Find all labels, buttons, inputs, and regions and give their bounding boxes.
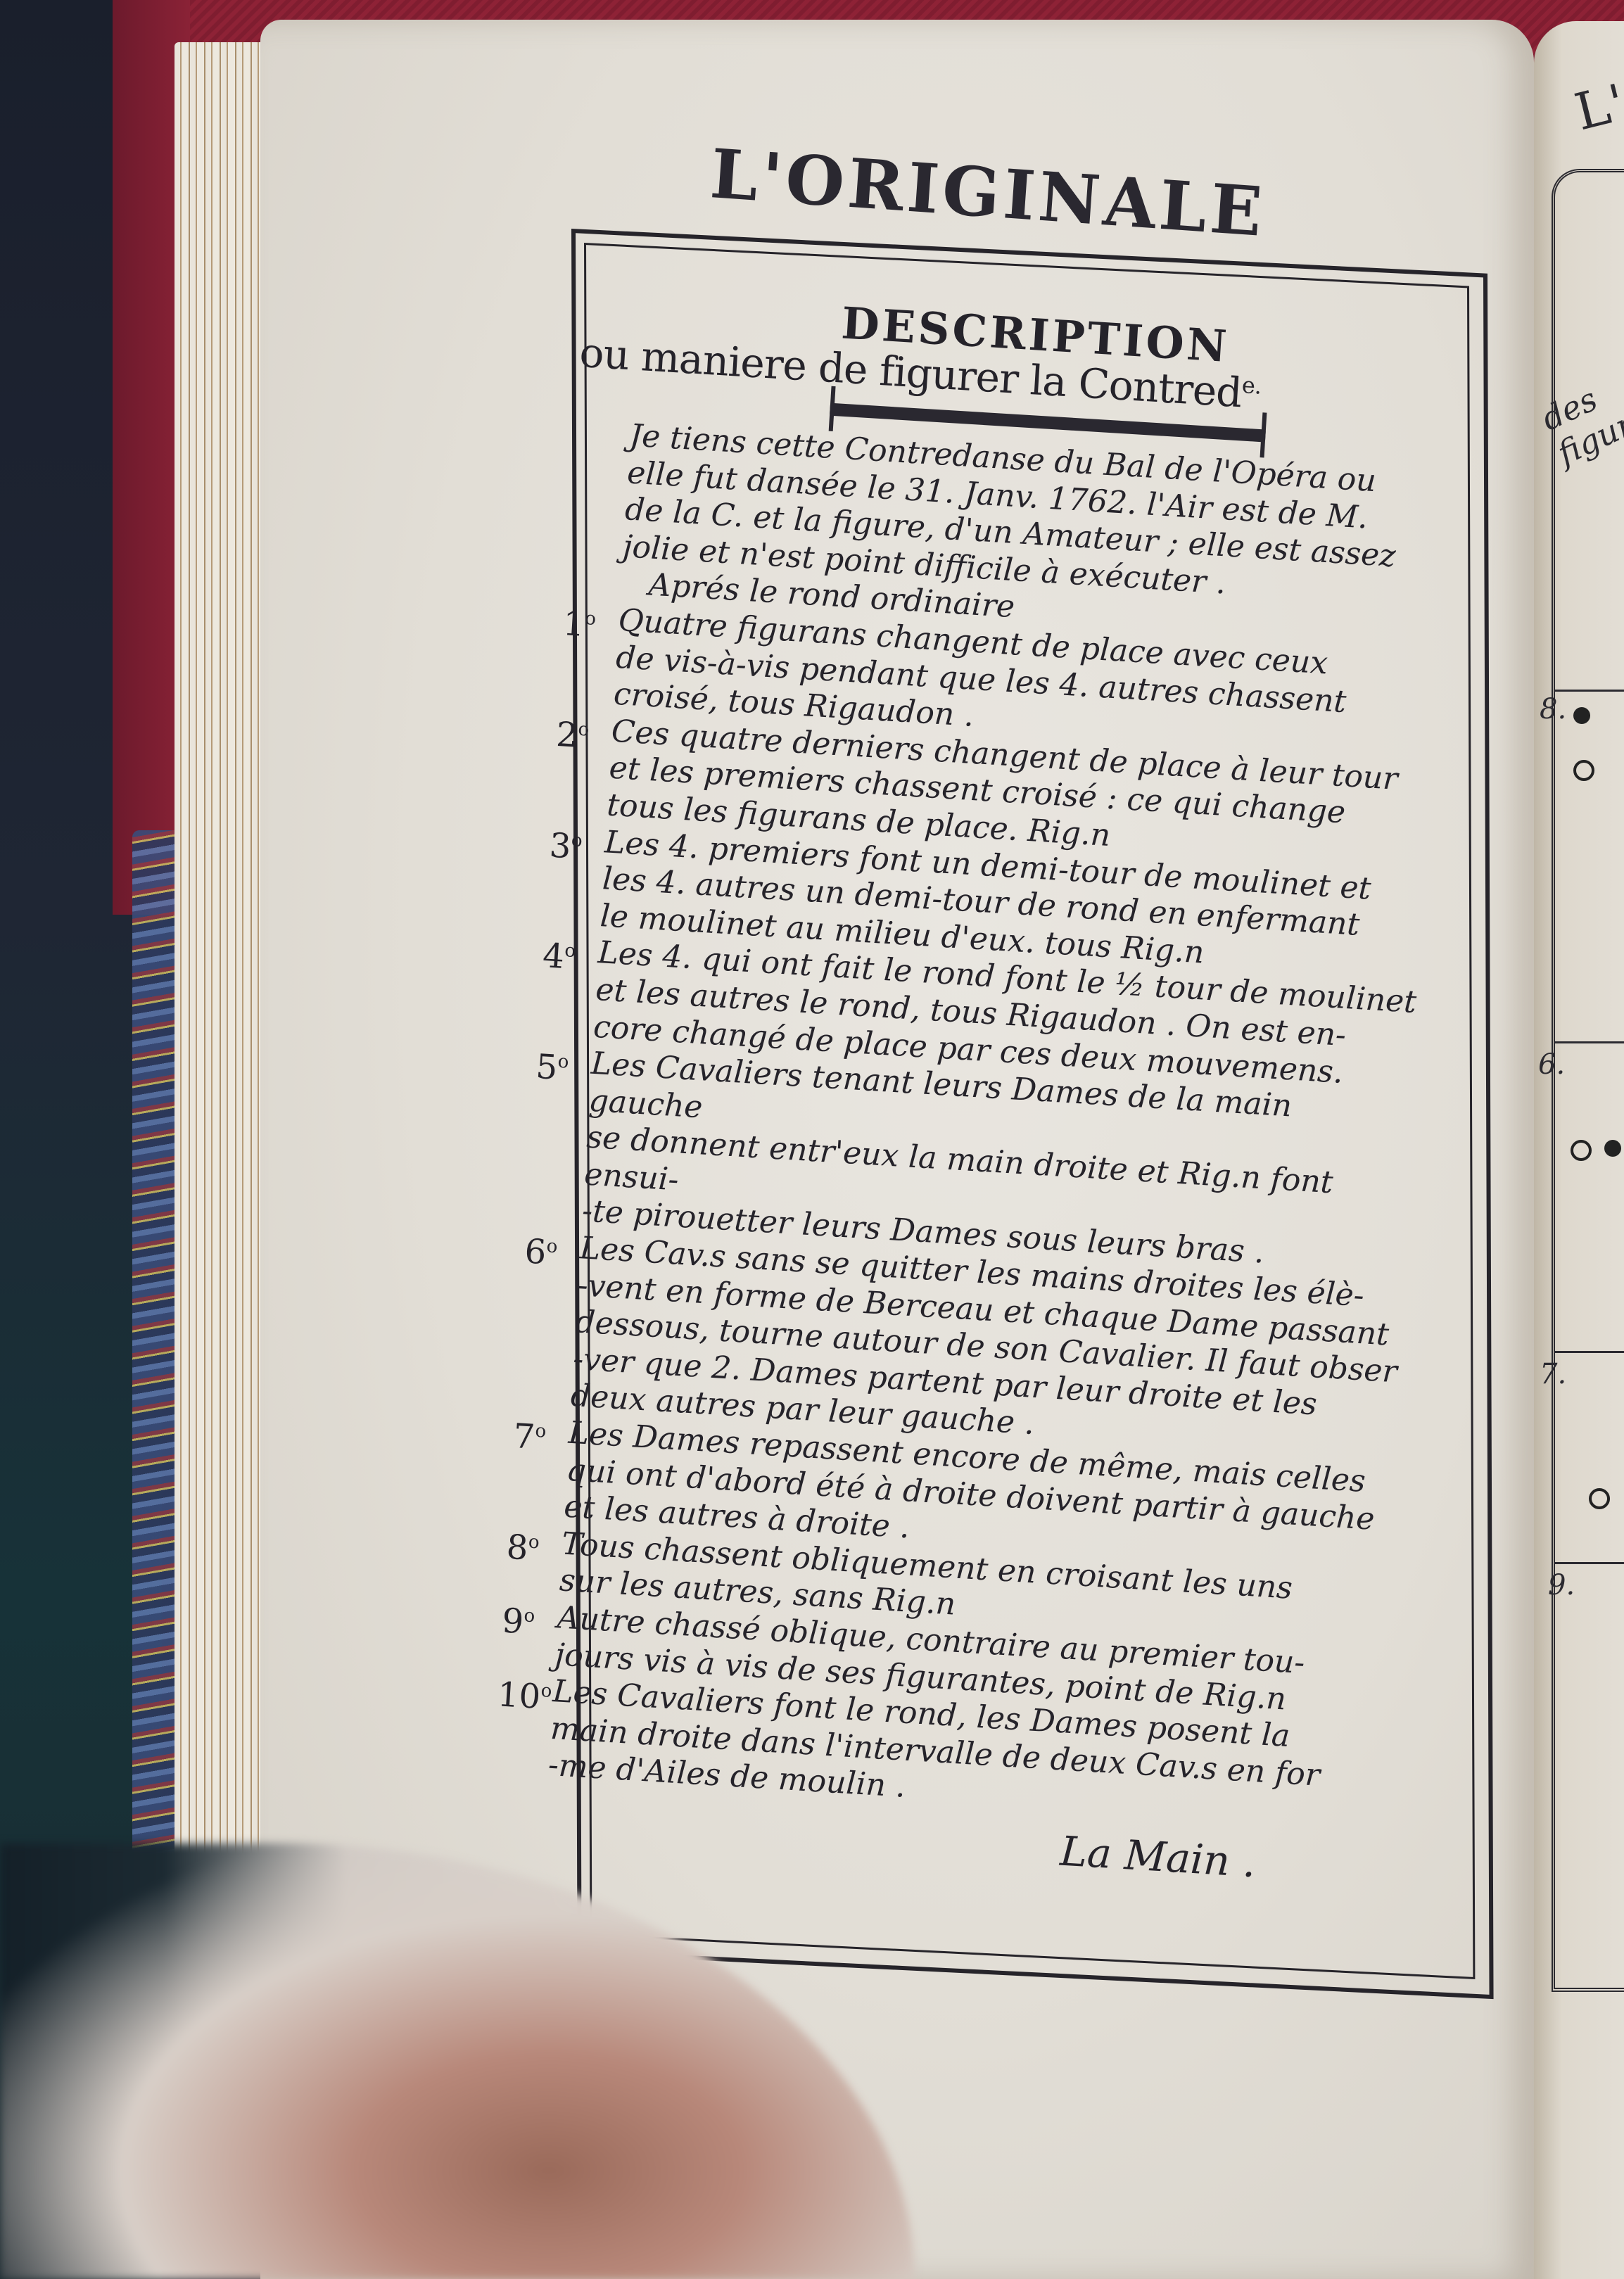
facing-page-divider (1555, 690, 1624, 692)
dancer-marker-icon (1604, 1140, 1621, 1157)
facing-page-divider (1555, 1041, 1624, 1043)
dancer-marker-icon (1573, 707, 1590, 724)
step-number: 5o (535, 1042, 570, 1087)
step-number: 8o (505, 1523, 540, 1568)
step-number: 10o (497, 1670, 553, 1716)
step-number: 3o (548, 820, 583, 865)
dancer-marker-icon (1589, 1488, 1610, 1509)
facing-figure-number: 6. (1538, 1048, 1565, 1081)
page-edges (175, 42, 273, 1886)
dancer-marker-icon (1571, 1140, 1592, 1161)
description-block: DESCRIPTION ou maniere de figurer la Con… (489, 281, 1462, 1888)
facing-page-divider (1555, 1351, 1624, 1353)
facing-figure-number: 9. (1548, 1569, 1575, 1601)
step-number: 2o (555, 710, 590, 755)
facing-page-divider (1555, 1562, 1624, 1564)
step-number: 6o (524, 1227, 559, 1272)
step-number: 4o (542, 932, 577, 977)
subheading-superscript: e. (1241, 372, 1262, 400)
dancer-marker-icon (1573, 760, 1594, 781)
step-number: 9o (501, 1596, 536, 1642)
description-body: Je tiens cette Contredanse du Bal de l'O… (489, 414, 1454, 1888)
facing-figure-number: 8. (1540, 693, 1566, 725)
step-number: 1o (562, 599, 597, 644)
facing-figure-number: 7. (1540, 1358, 1566, 1390)
step-number: 7o (512, 1411, 547, 1456)
